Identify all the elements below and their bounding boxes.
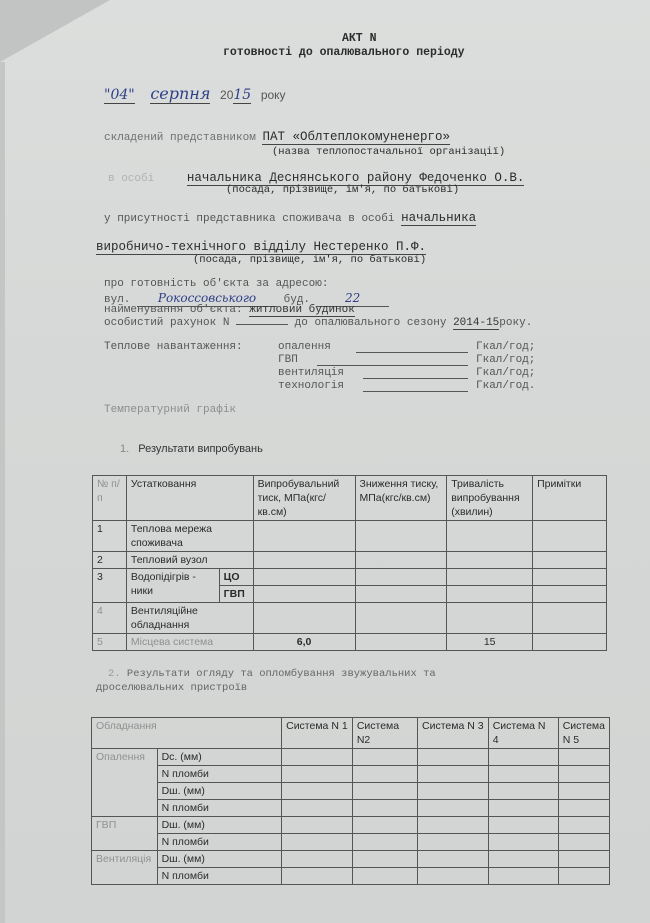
header-cell: Випробувальний тиск, МПа(кгс/кв.см) [253,476,355,521]
account-line: особистий рахунок N до опалювального сез… [104,317,532,329]
notes-cell[interactable] [533,569,607,586]
system-value-cell[interactable] [418,749,489,766]
system-value-cell[interactable] [282,834,353,851]
system-value-cell[interactable] [418,851,489,868]
header-cell: Система N2 [352,718,417,749]
table-row: 3Водопідігрів - никиЦО [93,569,607,586]
system-value-cell[interactable] [352,834,417,851]
load-unit: Гкал/год. [476,380,535,392]
test-pressure-cell[interactable] [253,603,355,634]
table-row: ВентиляціяDш. (мм) [92,851,610,868]
consumer-person-line2: виробничо-технічного відділу Нестеренко … [96,240,426,255]
equipment-name: Теплова мережа споживача [126,521,253,552]
duration-cell[interactable] [447,586,533,603]
system-value-cell[interactable] [558,783,609,800]
system-value-cell[interactable] [488,817,558,834]
table-header-row: № п/пУстаткованняВипробувальний тиск, МП… [93,476,607,521]
system-value-cell[interactable] [418,868,489,885]
load-value-field[interactable] [363,380,468,392]
table-row: N пломби [92,766,610,783]
table-row: N пломби [92,800,610,817]
measure-label: N пломби [157,868,282,885]
section2-number: 2. [108,668,121,680]
date-year-prefix: 20 [220,88,233,102]
representative-line: в особі начальника Деснянського району Ф… [108,171,524,185]
table-row: Dш. (мм) [92,783,610,800]
folded-corner [0,0,110,62]
load-value-field[interactable] [356,341,468,353]
equipment-group: Вентиляція [92,851,158,885]
object-name-value: житловий будинок [249,304,355,317]
notes-cell[interactable] [533,521,607,552]
load-value-field[interactable] [363,367,468,379]
system-value-cell[interactable] [558,800,609,817]
system-value-cell[interactable] [352,817,417,834]
pressure-drop-cell[interactable] [355,521,447,552]
consumer-label: у присутності представника споживача в о… [104,213,394,225]
notes-cell[interactable] [533,552,607,569]
system-value-cell[interactable] [558,851,609,868]
system-value-cell[interactable] [282,766,353,783]
table-row: ГВПDш. (мм) [92,817,610,834]
act-subtitle: готовності до опалювального періоду [223,46,465,59]
header-cell: Система N 5 [558,718,609,749]
act-title: АКТ N [342,32,377,45]
equipment-sub: ЦО [219,569,253,586]
system-value-cell[interactable] [488,749,558,766]
load-name: опалення [278,341,331,353]
measure-label: Dш. (мм) [157,851,282,868]
header-cell: Зниження тиску, МПа(кгс/кв.см) [355,476,447,521]
header-cell: Обладнання [92,718,282,749]
load-name: технологія [278,380,344,392]
duration-cell[interactable] [447,521,533,552]
system-value-cell[interactable] [352,749,417,766]
load-unit: Гкал/год; [476,367,535,379]
system-value-cell[interactable] [418,817,489,834]
row-number: 2 [93,552,127,569]
date-year-suffix: 15 [233,87,251,104]
section2-title-line1: Результати огляду та опломбування звужув… [127,668,436,680]
system-value-cell[interactable] [418,834,489,851]
notes-cell[interactable] [533,634,607,651]
date-year-word: року [261,88,286,102]
equipment-name: Вентиляційне обладнання [126,603,253,634]
duration-cell[interactable]: 15 [447,634,533,651]
test-pressure-cell[interactable] [253,552,355,569]
date-month: серпня [150,84,210,104]
system-value-cell[interactable] [418,800,489,817]
account-field[interactable] [236,324,288,325]
equipment-name: Водопідігрів - ники [126,569,219,603]
system-value-cell[interactable] [282,783,353,800]
compiled-by-line: складений представником ПАТ «Облтеплоком… [104,130,450,144]
system-value-cell[interactable] [282,800,353,817]
header-cell: Тривалість випробування (хвилин) [447,476,533,521]
system-value-cell[interactable] [352,766,417,783]
season-suffix: року. [499,317,532,329]
temperature-schedule-label: Температурний графік [104,404,236,416]
header-cell: Система N 1 [282,718,353,749]
person-label: в особі [108,173,154,185]
header-cell: Устатковання [126,476,253,521]
system-value-cell[interactable] [488,800,558,817]
table-header-row: ОбладнанняСистема N 1Система N2Система N… [92,718,610,749]
row-number: 1 [93,521,127,552]
header-cell: № п/п [93,476,127,521]
system-value-cell[interactable] [488,868,558,885]
system-value-cell[interactable] [352,800,417,817]
system-value-cell[interactable] [282,749,353,766]
load-unit: Гкал/год; [476,341,535,353]
object-name-line: найменування об'єкта: житловий будинок [104,304,355,316]
equipment-group: Опалення [92,749,158,817]
test-pressure-cell[interactable]: 6,0 [253,634,355,651]
row-number: 3 [93,569,127,603]
notes-cell[interactable] [533,586,607,603]
system-value-cell[interactable] [558,766,609,783]
load-unit: Гкал/год; [476,354,535,366]
date-day: "04" [104,87,135,104]
address-label: про готовність об'єкта за адресою: [104,278,328,290]
system-value-cell[interactable] [282,851,353,868]
system-value-cell[interactable] [418,766,489,783]
pressure-drop-cell[interactable] [355,552,447,569]
system-value-cell[interactable] [352,783,417,800]
system-value-cell[interactable] [488,834,558,851]
sealing-results-table: ОбладнанняСистема N 1Система N2Система N… [91,717,610,885]
equipment-group: ГВП [92,817,158,851]
test-pressure-cell[interactable] [253,586,355,603]
test-pressure-cell[interactable] [253,569,355,586]
measure-label: N пломби [157,834,282,851]
duration-cell[interactable] [447,552,533,569]
system-value-cell[interactable] [282,817,353,834]
system-value-cell[interactable] [352,868,417,885]
compiled-by-label: складений представником [104,132,256,144]
section2-title-line2: дроселювальних пристроїв [96,682,247,694]
measure-label: N пломби [157,766,282,783]
consumer-line: у присутності представника споживача в о… [104,211,476,225]
table-row: 2Тепловий вузол [93,552,607,569]
equipment-sub: ГВП [219,586,253,603]
equipment-name: Місцева система [126,634,253,651]
pressure-drop-cell[interactable] [355,569,447,586]
pressure-drop-cell[interactable] [355,634,447,651]
system-value-cell[interactable] [488,851,558,868]
consumer-person-line1: начальника [401,211,476,226]
season-label: до опалювального сезону [295,317,447,329]
consumer-hint: (посада, прізвище, ім'я, по батькові) [193,254,426,266]
measure-label: Dc. (мм) [157,749,282,766]
table-row: ОпаленняDc. (мм) [92,749,610,766]
section1-title: Результати випробувань [138,443,263,455]
section1-heading: 1. Результати випробувань [120,443,263,455]
thermal-load-label: Теплове навантаження: [104,341,243,353]
account-label: особистий рахунок N [104,317,229,329]
document-page: АКТ N готовності до опалювального період… [0,0,650,923]
header-cell: Система N 3 [418,718,489,749]
system-value-cell[interactable] [558,749,609,766]
system-value-cell[interactable] [488,766,558,783]
measure-label: N пломби [157,800,282,817]
section1-number: 1. [120,443,129,455]
pressure-drop-cell[interactable] [355,586,447,603]
organization-name: ПАТ «Облтеплокомуненерго» [262,130,450,145]
representative-hint: (посада, прізвище, ім'я, по батькові) [226,184,459,196]
equipment-name: Тепловий вузол [126,552,253,569]
pressure-drop-cell[interactable] [355,603,447,634]
organization-hint: (назва теплопостачальної організації) [272,146,505,158]
measure-label: Dш. (мм) [157,783,282,800]
test-results-table: № п/пУстаткованняВипробувальний тиск, МП… [92,475,607,651]
system-value-cell[interactable] [418,783,489,800]
system-value-cell[interactable] [352,851,417,868]
load-name: вентиляція [278,367,344,379]
row-number: 5 [93,634,127,651]
system-value-cell[interactable] [282,868,353,885]
season-value: 2014-15 [453,317,499,330]
table-row: 4Вентиляційне обладнання [93,603,607,634]
section2-heading-line1: 2. Результати огляду та опломбування зву… [108,668,436,680]
load-value-field[interactable] [317,354,468,366]
measure-label: Dш. (мм) [157,817,282,834]
system-value-cell[interactable] [558,868,609,885]
system-value-cell[interactable] [558,834,609,851]
row-number: 4 [93,603,127,634]
system-value-cell[interactable] [488,783,558,800]
object-name-label: найменування об'єкта: [104,304,243,316]
page-edge [0,62,5,923]
header-cell: Система N 4 [488,718,558,749]
duration-cell[interactable] [447,569,533,586]
table-row: 1Теплова мережа споживача [93,521,607,552]
table-row: 5Місцева система6,015 [93,634,607,651]
notes-cell[interactable] [533,603,607,634]
system-value-cell[interactable] [558,817,609,834]
act-date: "04" серпня 2015 року [104,84,286,104]
load-name: ГВП [278,354,298,366]
duration-cell[interactable] [447,603,533,634]
test-pressure-cell[interactable] [253,521,355,552]
table-row: N пломби [92,834,610,851]
table-row: N пломби [92,868,610,885]
header-cell: Примітки [533,476,607,521]
